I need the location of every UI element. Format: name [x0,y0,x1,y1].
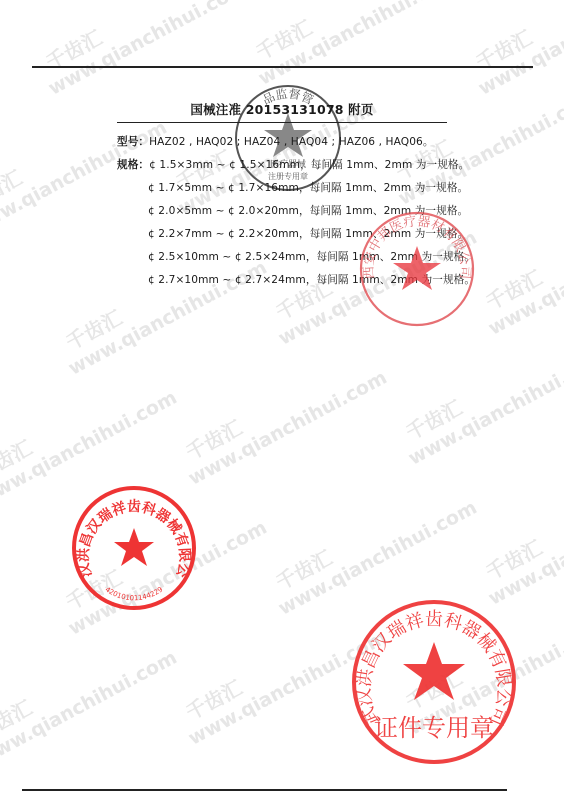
watermark-cn: 千齿汇 [480,461,564,586]
watermark-url: www.qianchihui.com [45,0,251,100]
svg-text:武汉洪昌汉瑞祥齿科器械有限公司: 武汉洪昌汉瑞祥齿科器械有限公司 [70,484,193,580]
watermark-cn: 千齿汇 [40,0,240,76]
watermark: 千齿汇www.qianchihui.com [40,0,251,95]
watermark-url: www.qianchihui.com [255,0,461,90]
spec-row: ¢ 1.7×5mm ~ ¢ 1.7×16mm，每间隔 1mm、2mm 为一规格。 [148,180,468,195]
watermark-cn: 千齿汇 [470,0,564,76]
spec-label: 规格： [117,159,149,171]
watermark-url: www.qianchihui.com [405,346,564,469]
watermark: 千齿汇www.qianchihui.com [470,0,564,95]
wuhan-company-stamp: 武汉洪昌汉瑞祥齿科器械有限公司 42010101144229 [70,484,198,612]
spec-row: ¢ 1.5×3mm ~ ¢ 1.5×16mm，每间隔 1mm、2mm 为一规格。 [149,159,469,171]
watermark: 千齿汇www.qianchihui.com [270,471,481,615]
watermark-url: www.qianchihui.com [185,366,391,489]
svg-text:证件专用章: 证件专用章 [374,714,494,742]
watermark-url: www.qianchihui.com [485,216,564,339]
model-value: HAZ02 , HAQ02 ; HAZ04 , HAQ04 ; HAZ06 , … [149,136,434,148]
watermark-cn: 千齿汇 [180,341,380,466]
watermark-cn: 千齿汇 [480,191,564,316]
watermark-url: www.qianchihui.com [0,646,181,769]
watermark-cn: 千齿汇 [0,621,170,746]
model-line: 型号：HAZ02 , HAQ02 ; HAZ04 , HAQ04 ; HAZ06… [117,134,434,149]
watermark-cn: 千齿汇 [250,0,450,66]
footer-rule [22,789,507,791]
svg-text:42010101144229: 42010101144229 [104,585,165,602]
watermark: 千齿汇www.qianchihui.com [250,0,461,85]
watermark-cn: 千齿汇 [400,321,564,446]
watermark: 千齿汇www.qianchihui.com [480,191,564,335]
wuhan-certificate-stamp: 武汉洪昌汉瑞祥齿科器械有限公司 证件专用章 [350,598,518,766]
document-title: 国械注准 20153131078 附页 [0,100,564,118]
title-rule [117,122,447,123]
watermark-url: www.qianchihui.com [485,486,564,609]
watermark: 千齿汇www.qianchihui.com [400,321,564,465]
watermark-cn: 千齿汇 [0,361,170,486]
watermark: 千齿汇www.qianchihui.com [180,341,391,485]
model-label: 型号： [117,136,149,148]
watermark-url: www.qianchihui.com [475,0,564,100]
spec-line-0: 规格：¢ 1.5×3mm ~ ¢ 1.5×16mm，每间隔 1mm、2mm 为一… [117,157,469,172]
watermark: 千齿汇www.qianchihui.com [0,621,181,765]
watermark-cn: 千齿汇 [270,471,470,596]
header-rule [32,66,533,68]
watermark: 千齿汇www.qianchihui.com [480,461,564,605]
xian-company-stamp: 西安中邦医疗器材有限公司 [358,210,476,328]
